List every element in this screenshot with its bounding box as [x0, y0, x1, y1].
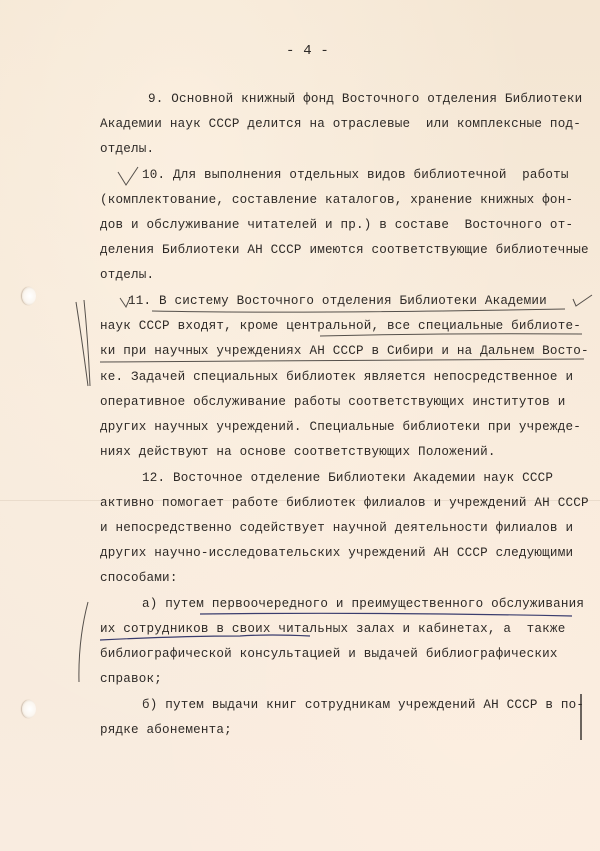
check-mark-icon: [118, 167, 138, 185]
margin-pencil-line: [76, 302, 88, 386]
pencil-underline: [320, 334, 582, 336]
handwritten-annotations: [0, 0, 600, 851]
pen-underline: [200, 613, 572, 616]
margin-pencil-line: [84, 300, 90, 386]
pen-underline: [100, 635, 310, 640]
check-mark-icon: [573, 295, 592, 306]
check-mark-icon: [120, 298, 130, 307]
pencil-underline: [152, 309, 565, 312]
pencil-underline: [100, 359, 584, 362]
margin-pencil-line: [79, 602, 88, 682]
